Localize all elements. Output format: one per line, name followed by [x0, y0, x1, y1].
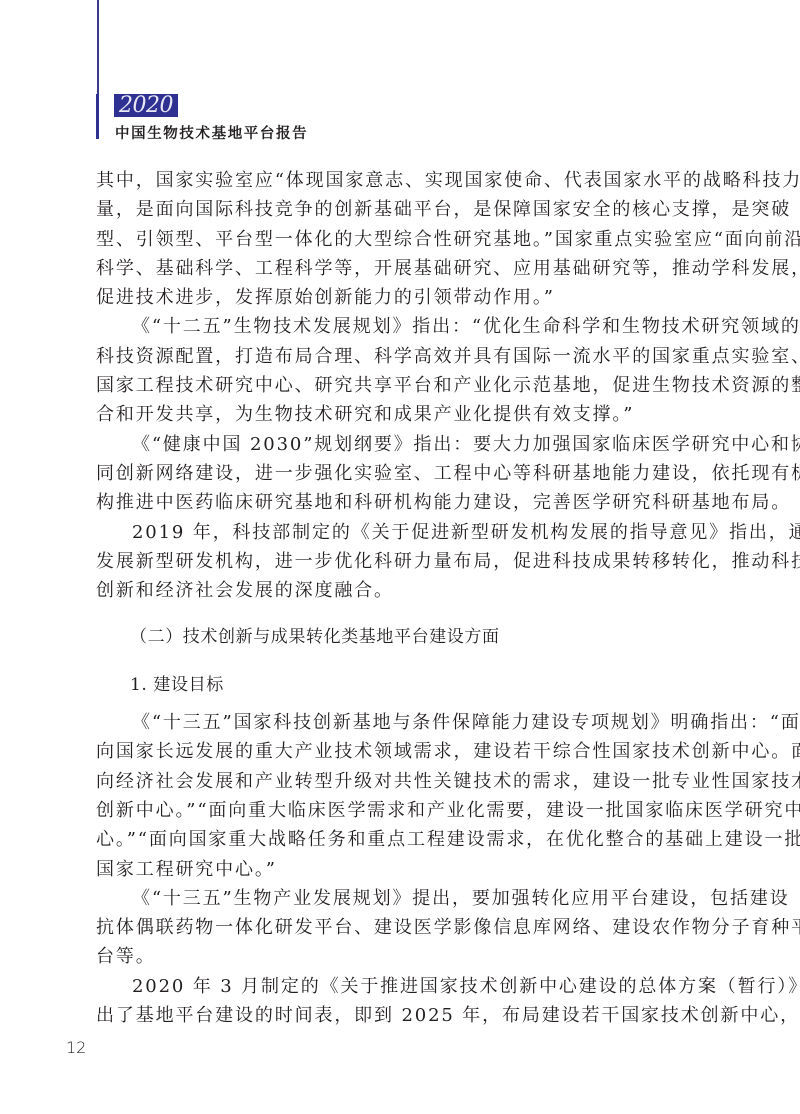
- text-line: 促进技术进步，发挥原始创新能力的引领带动作用。”: [96, 283, 696, 312]
- text-line: 抗体偶联药物一体化研发平台、建设医学影像信息库网络、建设农作物分子育种平: [96, 913, 696, 942]
- text-line: 《“十三五”国家科技创新基地与条件保障能力建设专项规划》明确指出：“面: [96, 708, 696, 737]
- text-line: 出了基地平台建设的时间表，即到 2025 年，布局建设若干国家技术创新中心，突破: [96, 1001, 696, 1030]
- text-line: 2020 年 3 月制定的《关于推进国家技术创新中心建设的总体方案（暂行）》提: [96, 972, 696, 1001]
- text-line: 《“健康中国 2030”规划纲要》指出：要大力加强国家临床医学研究中心和协: [96, 430, 696, 459]
- text-line: 创新中心。”“面向重大临床医学需求和产业化需要，建设一批国家临床医学研究中: [96, 796, 696, 825]
- paragraph-healthy-china-2030: 《“健康中国 2030”规划纲要》指出：要大力加强国家临床医学研究中心和协 同创…: [96, 430, 696, 518]
- spacer: [96, 605, 696, 623]
- paragraph-13th-five-year-bio-industry-plan: 《“十三五”生物产业发展规划》提出，要加强转化应用平台建设，包括建设 抗体偶联药…: [96, 884, 696, 972]
- text-line: 发展新型研发机构，进一步优化科研力量布局，促进科技成果转移转化，推动科技: [96, 547, 696, 576]
- text-line: 同创新网络建设，进一步强化实验室、工程中心等科研基地能力建设，依托现有机: [96, 459, 696, 488]
- text-line: 科技资源配置，打造布局合理、科学高效并具有国际一流水平的国家重点实验室、: [96, 342, 696, 371]
- page-body: 其中，国家实验室应“体现国家意志、实现国家使命、代表国家水平的战略科技力 量，是…: [96, 166, 696, 1030]
- subsection-heading: 1. 建设目标: [96, 671, 696, 700]
- text-line: 量，是面向国际科技竞争的创新基础平台，是保障国家安全的核心支撑，是突破: [96, 195, 696, 224]
- text-line: 国家工程研究中心。”: [96, 855, 696, 884]
- text-line: 创新和经济社会发展的深度融合。: [96, 576, 696, 605]
- text-line: 《“十三五”生物产业发展规划》提出，要加强转化应用平台建设，包括建设: [96, 884, 696, 913]
- paragraph-2019-guidance: 2019 年，科技部制定的《关于促进新型研发机构发展的指导意见》指出，通过 发展…: [96, 518, 696, 606]
- text-line: 《“十二五”生物技术发展规划》指出：“优化生命科学和生物技术研究领域的: [96, 312, 696, 341]
- report-title: 中国生物技术基地平台报告: [115, 122, 308, 143]
- text-line: 其中，国家实验室应“体现国家意志、实现国家使命、代表国家水平的战略科技力: [96, 166, 696, 195]
- page-number: 12: [66, 1038, 86, 1057]
- text-line: 构推进中医药临床研究基地和科研机构能力建设，完善医学研究科研基地布局。: [96, 488, 696, 517]
- paragraph-12th-five-year-plan: 《“十二五”生物技术发展规划》指出：“优化生命科学和生物技术研究领域的 科技资源…: [96, 312, 696, 429]
- text-line: 合和开发共享，为生物技术研究和成果产业化提供有效支撑。”: [96, 400, 696, 429]
- spacer: [96, 653, 696, 671]
- paragraph-national-labs: 其中，国家实验室应“体现国家意志、实现国家使命、代表国家水平的战略科技力 量，是…: [96, 166, 696, 312]
- text-line: 向经济社会发展和产业转型升级对共性关键技术的需求，建设一批专业性国家技术: [96, 767, 696, 796]
- text-line: 心。”“面向国家重大战略任务和重点工程建设需求，在优化整合的基础上建设一批: [96, 825, 696, 854]
- paragraph-2020-innovation-center-plan: 2020 年 3 月制定的《关于推进国家技术创新中心建设的总体方案（暂行）》提 …: [96, 972, 696, 1031]
- text-line: 2019 年，科技部制定的《关于促进新型研发机构发展的指导意见》指出，通过: [96, 518, 696, 547]
- paragraph-13th-five-year-innovation-plan: 《“十三五”国家科技创新基地与条件保障能力建设专项规划》明确指出：“面 向国家长…: [96, 708, 696, 884]
- year-badge: 2020: [114, 94, 178, 117]
- text-line: 台等。: [96, 942, 696, 971]
- header-rule-accent: [96, 94, 99, 139]
- text-line: 型、引领型、平台型一体化的大型综合性研究基地。”国家重点实验室应“面向前沿: [96, 225, 696, 254]
- header-rule-line: [97, 0, 99, 94]
- section-heading: （二）技术创新与成果转化类基地平台建设方面: [96, 623, 696, 652]
- text-line: 国家工程技术研究中心、研究共享平台和产业化示范基地，促进生物技术资源的整: [96, 371, 696, 400]
- text-line: 向国家长远发展的重大产业技术领域需求，建设若干综合性国家技术创新中心。面: [96, 737, 696, 766]
- text-line: 科学、基础科学、工程科学等，开展基础研究、应用基础研究等，推动学科发展，: [96, 254, 696, 283]
- spacer: [96, 700, 696, 708]
